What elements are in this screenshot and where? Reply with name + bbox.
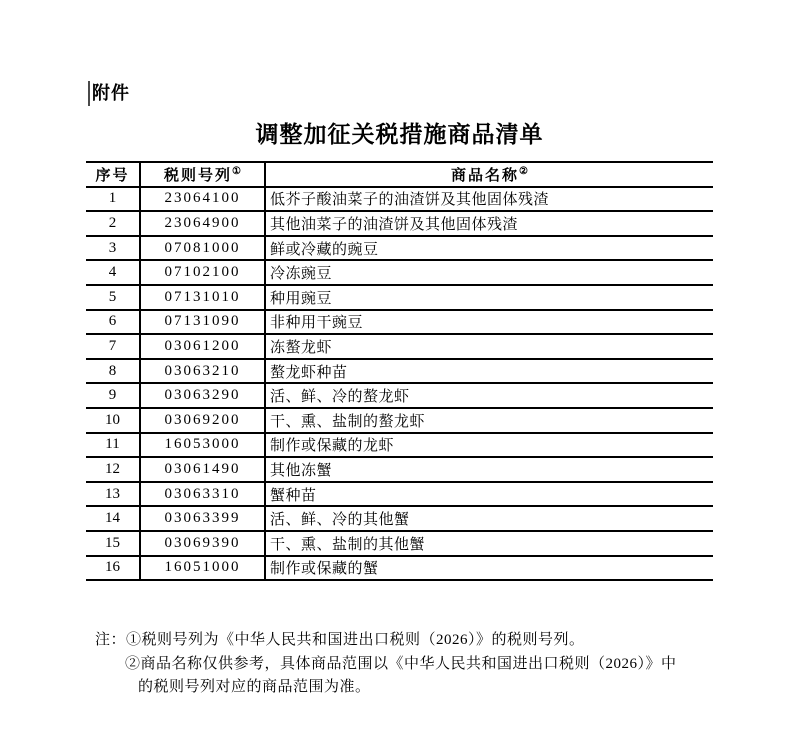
header-tariff-code-label: 税则号列 [164,168,232,184]
table-row: 12 03061490 其他冻蟹 [86,457,713,482]
table-row: 11 16053000 制作或保藏的龙虾 [86,433,713,458]
footnote-label: 注： [95,629,126,653]
commodity-table-body: 1 23064100 低芥子酸油菜子的油渣饼及其他固体残渣 2 23064900… [86,187,713,581]
row-code: 07102100 [140,260,265,285]
row-code: 03063399 [140,506,265,531]
header-no-label: 序号 [95,168,129,184]
row-name: 制作或保藏的龙虾 [265,433,713,458]
row-no: 5 [86,285,140,310]
attachment-label: 附件 [92,81,130,106]
table-row: 13 03063310 蟹种苗 [86,482,713,507]
row-name: 其他油菜子的油渣饼及其他固体残渣 [265,211,713,236]
table-row: 16 16051000 制作或保藏的蟹 [86,556,713,581]
table-row: 5 07131010 种用豌豆 [86,285,713,310]
row-code: 03061200 [140,334,265,359]
row-name: 鲜或冷藏的豌豆 [265,236,713,261]
row-code: 23064100 [140,187,265,212]
row-code: 03063210 [140,359,265,384]
row-code: 03063290 [140,383,265,408]
row-code: 16051000 [140,556,265,581]
row-code: 07131090 [140,310,265,335]
page-title: 调整加征关税措施商品清单 [86,119,713,149]
row-name: 螯龙虾种苗 [265,359,713,384]
table-row: 9 03063290 活、鲜、冷的螯龙虾 [86,383,713,408]
row-no: 3 [86,236,140,261]
document-canvas[interactable]: 附件 调整加征关税措施商品清单 序号 税则号列① 商品名称② 1 2306410… [0,0,790,737]
header-cell-no: 序号 [86,162,140,187]
row-code: 03069200 [140,408,265,433]
table-row: 14 03063399 活、鲜、冷的其他蟹 [86,506,713,531]
row-name: 冷冻豌豆 [265,260,713,285]
table-row: 15 03069390 干、熏、盐制的其他蟹 [86,531,713,556]
row-name: 其他冻蟹 [265,457,713,482]
table-row: 6 07131090 非种用干豌豆 [86,310,713,335]
row-code: 16053000 [140,433,265,458]
row-no: 6 [86,310,140,335]
row-code: 07081000 [140,236,265,261]
row-name: 干、熏、盐制的其他蟹 [265,531,713,556]
row-no: 13 [86,482,140,507]
table-row: 3 07081000 鲜或冷藏的豌豆 [86,236,713,261]
row-no: 11 [86,433,140,458]
header-tariff-code-superscript: ① [232,166,241,177]
row-name: 低芥子酸油菜子的油渣饼及其他固体残渣 [265,187,713,212]
row-no: 8 [86,359,140,384]
row-no: 4 [86,260,140,285]
footnote-line-1: 注： ①税则号列为《中华人民共和国进出口税则（2026）》的税则号列。 [95,629,735,653]
row-no: 12 [86,457,140,482]
commodity-table: 序号 税则号列① 商品名称② 1 23064100 低芥子酸油菜子的油渣饼及其他… [86,161,713,581]
row-no: 7 [86,334,140,359]
table-row: 4 07102100 冷冻豌豆 [86,260,713,285]
row-code: 03069390 [140,531,265,556]
row-name: 种用豌豆 [265,285,713,310]
header-product-name-label: 商品名称 [451,168,519,184]
row-code: 07131010 [140,285,265,310]
row-no: 16 [86,556,140,581]
footnote-1-text: ①税则号列为《中华人民共和国进出口税则（2026）》的税则号列。 [126,629,585,653]
row-name: 制作或保藏的蟹 [265,556,713,581]
commodity-table-header: 序号 税则号列① 商品名称② [86,162,713,187]
footnote-line-2: ②商品名称仅供参考，具体商品范围以《中华人民共和国进出口税则（2026）》中 [125,653,735,677]
row-name: 活、鲜、冷的螯龙虾 [265,383,713,408]
row-code: 23064900 [140,211,265,236]
table-row: 8 03063210 螯龙虾种苗 [86,359,713,384]
header-cell-product-name: 商品名称② [265,162,713,187]
footnotes: 注： ①税则号列为《中华人民共和国进出口税则（2026）》的税则号列。 ②商品名… [95,629,735,700]
row-name: 干、熏、盐制的螯龙虾 [265,408,713,433]
row-code: 03063310 [140,482,265,507]
header-product-name-superscript: ② [519,166,528,177]
row-no: 9 [86,383,140,408]
row-no: 1 [86,187,140,212]
table-row: 2 23064900 其他油菜子的油渣饼及其他固体残渣 [86,211,713,236]
row-no: 2 [86,211,140,236]
row-no: 14 [86,506,140,531]
table-row: 7 03061200 冻螯龙虾 [86,334,713,359]
row-no: 10 [86,408,140,433]
row-name: 活、鲜、冷的其他蟹 [265,506,713,531]
table-row: 10 03069200 干、熏、盐制的螯龙虾 [86,408,713,433]
text-cursor-caret [88,81,90,106]
row-name: 非种用干豌豆 [265,310,713,335]
row-code: 03061490 [140,457,265,482]
header-cell-tariff-code: 税则号列① [140,162,265,187]
row-name: 冻螯龙虾 [265,334,713,359]
header-row: 序号 税则号列① 商品名称② [86,162,713,187]
row-name: 蟹种苗 [265,482,713,507]
row-no: 15 [86,531,140,556]
footnote-line-3: 的税则号列对应的商品范围为准。 [138,676,735,700]
table-row: 1 23064100 低芥子酸油菜子的油渣饼及其他固体残渣 [86,187,713,212]
